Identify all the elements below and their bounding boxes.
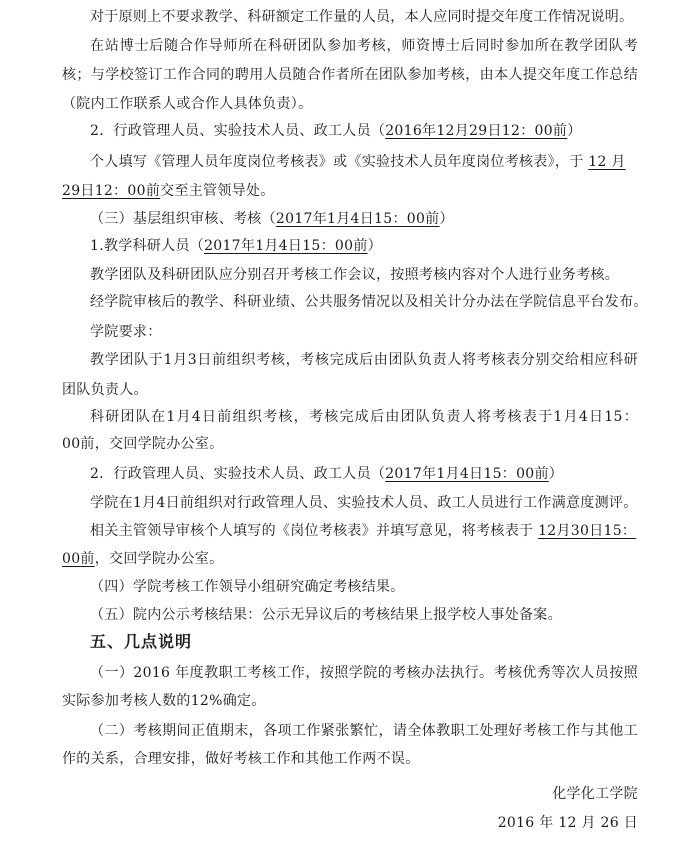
paragraph-postdoc-line-1: 在站博士后随合作导师所在科研团队参加考核，师资博士后同时参加所在教学团队考: [90, 36, 638, 56]
note-1-line-2: 实际参加考核人数的12%确定。: [62, 691, 638, 711]
paragraph-team-meetings: 教学团队及科研团队应分别召开考核工作会议，按照考核内容对个人进行业务考核。: [90, 265, 638, 285]
subsection-admin-staff-title: 2．行政管理人员、实验技术人员、政工人员（2016年12月29日12：00前）: [90, 121, 638, 141]
deadline-text: 00前: [62, 551, 95, 567]
subsection-title-suffix: ）: [549, 466, 563, 482]
paragraph-fill-form-line-1: 个人填写《管理人员年度岗位考核表》或《实验技术人员年度岗位考核表》，于 12 月: [90, 152, 638, 172]
section-3-title: （三）基层组织审核、考核（2017年1月4日15：00前）: [90, 209, 638, 229]
paragraph-text: ，交回学院办公室。: [95, 551, 224, 567]
paragraph-performance-publish: 经学院审核后的教学、科研业绩、公共服务情况以及相关计分办法在学院信息平台发布。: [90, 292, 638, 312]
deadline-text: 29日12：00前: [62, 183, 160, 199]
paragraph-college-requirements: 学院要求：: [90, 322, 638, 342]
subsection-title-text: 2．行政管理人员、实验技术人员、政工人员（: [90, 466, 385, 482]
paragraph-fill-form-line-2: 29日12：00前交至主管领导处。: [62, 181, 638, 201]
subsection-title-suffix: ）: [567, 123, 581, 139]
subsection-title-suffix: ）: [368, 238, 382, 254]
heading-notes: 五、几点说明: [90, 632, 638, 652]
paragraph-supervisor-review-line-2: 00前，交回学院办公室。: [62, 549, 638, 569]
deadline-text: 12月30日15：: [538, 523, 636, 539]
deadline-text: 2016年12月29日12：00前: [385, 123, 567, 139]
note-2-line-1: （二）考核期间正值期末，各项工作紧张繁忙，请全体教职工处理好考核工作与其他工: [90, 721, 638, 741]
signature-date: 2016 年 12 月 26 日: [498, 813, 638, 833]
subsection-title-text: 2．行政管理人员、实验技术人员、政工人员（: [90, 123, 385, 139]
paragraph-research-team-line-1: 科研团队在1月4日前组织考核，考核完成后由团队负责人将考核表于1月4日15：: [90, 407, 638, 427]
paragraph-text: 相关主管领导审核个人填写的《岗位考核表》并填写意见，将考核表于: [90, 523, 538, 539]
paragraph-teaching-team-line-1: 教学团队于1月3日前组织考核，考核完成后由团队负责人将考核表分别交给相应科研: [90, 350, 638, 370]
paragraph-text: 个人填写《管理人员年度岗位考核表》或《实验技术人员年度岗位考核表》，于: [90, 154, 588, 170]
note-2-line-2: 作的关系，合理安排，做好考核工作和其他工作两不误。: [62, 749, 638, 769]
paragraph-annual-work-statement: 对于原则上不要求教学、科研额定工作量的人员，本人应同时提交年度工作情况说明。: [90, 7, 638, 27]
deadline-text: 2017年1月4日15：00前: [385, 466, 549, 482]
paragraph-postdoc-line-3: （院内工作联系人或合作人具体负责）。: [62, 94, 638, 114]
signature-organization: 化学化工学院: [552, 784, 638, 804]
deadline-text: 12 月: [588, 154, 625, 170]
deadline-text: 2017年1月4日15：00前: [276, 211, 440, 227]
paragraph-teaching-team-line-2: 团队负责人。: [62, 380, 638, 400]
subsection-title-text: 1.教学科研人员（: [90, 238, 204, 254]
paragraph-supervisor-review-line-1: 相关主管领导审核个人填写的《岗位考核表》并填写意见，将考核表于 12月30日15…: [90, 521, 638, 541]
section-4-title: （四）学院考核工作领导小组研究确定考核结果。: [90, 577, 638, 597]
section-5-title: （五）院内公示考核结果：公示无异议后的考核结果上报学校人事处备案。: [90, 605, 638, 625]
subsection-admin-staff-review-title: 2．行政管理人员、实验技术人员、政工人员（2017年1月4日15：00前）: [90, 464, 638, 484]
section-title-text: （三）基层组织审核、考核（: [90, 211, 276, 227]
deadline-text: 2017年1月4日15：00前: [204, 238, 368, 254]
note-1-line-1: （一）2016 年度教职工考核工作，按照学院的考核办法执行。考核优秀等次人员按照: [90, 663, 638, 683]
paragraph-research-team-line-2: 00前，交回学院办公室。: [62, 434, 638, 454]
subsection-teaching-research-title: 1.教学科研人员（2017年1月4日15：00前）: [90, 236, 638, 256]
paragraph-satisfaction-survey: 学院在1月4日前组织对行政管理人员、实验技术人员、政工人员进行工作满意度测评。: [90, 493, 638, 513]
paragraph-postdoc-line-2: 核；与学校签订工作合同的聘用人员随合作者所在团队参加考核，由本人提交年度工作总结: [62, 65, 638, 85]
paragraph-text: 交至主管领导处。: [160, 183, 274, 199]
section-title-suffix: ）: [439, 211, 453, 227]
